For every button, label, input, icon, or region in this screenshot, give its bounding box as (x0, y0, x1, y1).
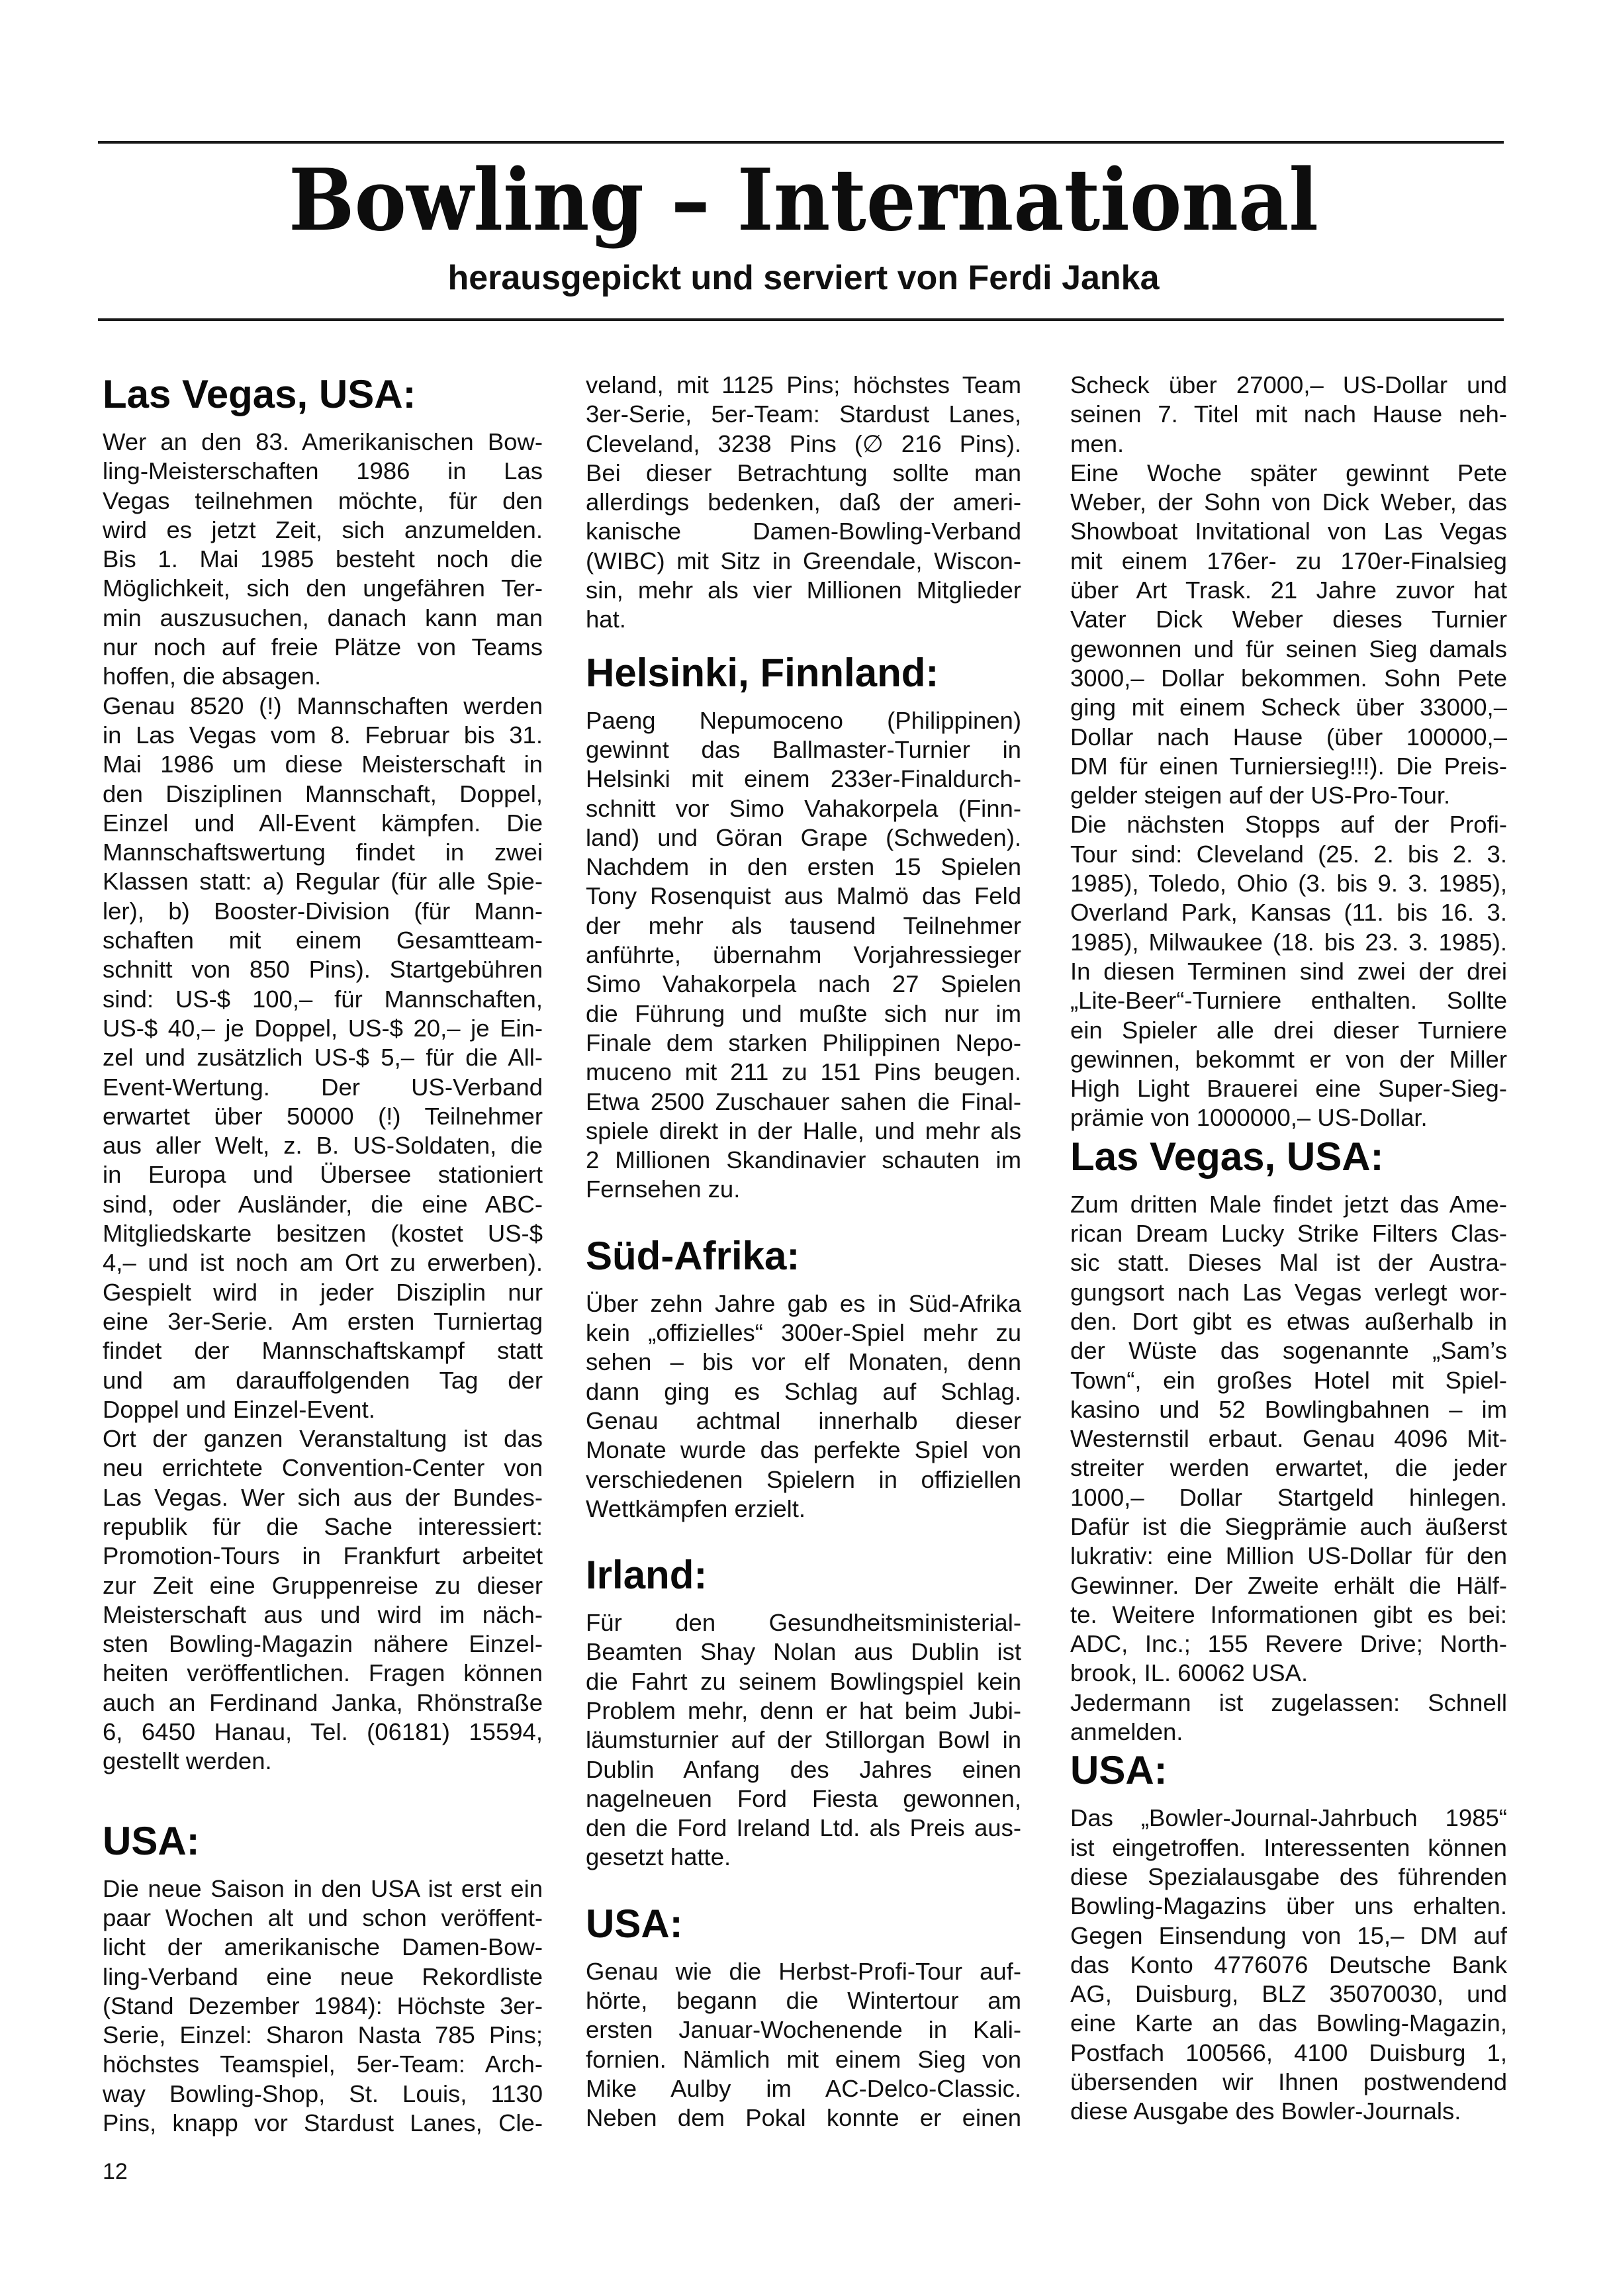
body-text-line: 3000,– Dollar bekommen. Sohn Pete (1070, 664, 1507, 693)
body-text-line: Klassen statt: a) Regular (für alle Spie… (103, 867, 543, 896)
body-text-line: Promotion-Tours in Frankfurt arbeitet (103, 1541, 543, 1571)
body-text-line: Vegas teilnehmen möchte, für den (103, 486, 543, 516)
body-text-line: Monate wurde das perfekte Spiel von (586, 1436, 1021, 1465)
body-text-line: 3er-Serie, 5er-Team: Stardust Lanes, (586, 400, 1021, 429)
body-text-line: höchstes Teamspiel, 5er-Team: Arch- (103, 2050, 543, 2079)
body-text-line: aus aller Welt, z. B. US-Soldaten, die (103, 1131, 543, 1160)
body-text-line: Für den Gesundheitsministerial- (586, 1608, 1021, 1637)
body-text-line: gesetzt hatte. (586, 1843, 1021, 1872)
body-text-line: sten Bowling-Magazin nähere Einzel- (103, 1630, 543, 1659)
body-text-line: Beamten Shay Nolan aus Dublin ist (586, 1637, 1021, 1667)
body-text-line: 6, 6450 Hanau, Tel. (06181) 15594, (103, 1718, 543, 1747)
body-text-line: zel und zusätzlich US-$ 5,– für die All- (103, 1043, 543, 1072)
body-text-line: Bei dieser Betrachtung sollte man (586, 459, 1021, 488)
section-spacer (586, 1872, 1021, 1900)
body-text-line: ging mit einem Scheck über 33000,– (1070, 693, 1507, 722)
body-text-line: der Wüste das sogenannte „Sam’s (1070, 1336, 1507, 1365)
page-title: Bowling – International (64, 151, 1543, 250)
body-text-line: Bowling-Magazins über uns erhalten. (1070, 1892, 1507, 1921)
body-text-line: Overland Park, Kansas (11. bis 16. 3. (1070, 898, 1507, 927)
body-text-line: diese Spezialausgabe des führenden (1070, 1862, 1507, 1892)
body-text-line: land) und Göran Grape (Schweden). (586, 823, 1021, 852)
body-text-line: schaften mit einem Gesamtteam- (103, 926, 543, 955)
body-text-line: Möglichkeit, sich den ungefähren Ter- (103, 574, 543, 603)
body-text-line: hörte, begann die Wintertour am (586, 1986, 1021, 2015)
body-text-line: Mannschaftswertung findet in zwei (103, 838, 543, 867)
body-text-line: Ort der ganzen Veranstaltung ist das (103, 1424, 543, 1453)
body-text-line: Scheck über 27000,– US-Dollar und (1070, 371, 1507, 400)
body-text-line: Einzel und All-Event kämpfen. Die (103, 809, 543, 838)
section-heading: Las Vegas, USA: (1070, 1133, 1507, 1181)
body-text-line: Weber, der Sohn von Dick Weber, das (1070, 488, 1507, 517)
body-text-line: Gewinner. Der Zweite erhält die Hälf- (1070, 1571, 1507, 1600)
body-text-line: hoffen, die absagen. (103, 662, 543, 691)
top-rule (98, 141, 1504, 144)
body-text-line: prämie von 1000000,– US-Dollar. (1070, 1103, 1507, 1132)
body-text-line: Serie, Einzel: Sharon Nasta 785 Pins; (103, 2021, 543, 2050)
body-text-line: Genau achtmal innerhalb dieser (586, 1406, 1021, 1436)
body-text-line: Vater Dick Weber dieses Turnier (1070, 605, 1507, 634)
body-text-line: Doppel und Einzel-Event. (103, 1395, 543, 1424)
body-text-line: 4,– und ist noch am Ort zu erwerben). (103, 1248, 543, 1277)
body-text-line: Eine Woche später gewinnt Pete (1070, 459, 1507, 488)
body-text-line: men. (1070, 430, 1507, 459)
body-text-line: Las Vegas. Wer sich aus der Bundes- (103, 1483, 543, 1512)
body-text-line: gungsort nach Las Vegas verlegt wor- (1070, 1278, 1507, 1307)
column-1: Las Vegas, USA:Wer an den 83. Amerikanis… (103, 371, 543, 2138)
body-text-line: Das „Bowler-Journal-Jahrbuch 1985“ (1070, 1804, 1507, 1833)
body-text-line: Mitgliedskarte besitzen (kostet US-$ (103, 1219, 543, 1248)
body-text-line: DM für einen Turniersieg!!!). Die Preis- (1070, 752, 1507, 781)
body-text-line: Town“, ein großes Hotel mit Spiel- (1070, 1366, 1507, 1395)
body-text-line: Die neue Saison in den USA ist erst ein (103, 1874, 543, 1904)
body-text-line: gestellt werden. (103, 1747, 543, 1776)
body-text-line: sehen – bis vor elf Monaten, denn (586, 1348, 1021, 1377)
body-text-line: rican Dream Lucky Strike Filters Clas- (1070, 1219, 1507, 1248)
body-text-line: Bis 1. Mai 1985 besteht noch die (103, 545, 543, 574)
body-text-line: ist eingetroffen. Interessenten können (1070, 1833, 1507, 1862)
body-text-line: Neben dem Pokal konnte er einen (586, 2103, 1021, 2133)
body-text-line: Postfach 100566, 4100 Duisburg 1, (1070, 2039, 1507, 2068)
body-text-line: muceno mit 211 zu 151 Pins beugen. (586, 1058, 1021, 1087)
body-text-line: Finale dem starken Philippinen Nepo- (586, 1029, 1021, 1058)
section-spacer (586, 1524, 1021, 1551)
section-heading: USA: (103, 1817, 543, 1865)
body-text-line: US-$ 40,– je Doppel, US-$ 20,– je Ein- (103, 1014, 543, 1043)
body-text-line: Mike Aulby im AC-Delco-Classic. (586, 2074, 1021, 2103)
body-text-line: schnitt vor Simo Vahakorpela (Finn- (586, 794, 1021, 823)
body-text-line: Nachdem in den ersten 15 Spielen (586, 852, 1021, 882)
article-section: veland, mit 1125 Pins; höchstes Team3er-… (586, 371, 1021, 635)
section-heading: Süd-Afrika: (586, 1232, 1021, 1280)
body-text-line: sind: US-$ 100,– für Mannschaften, (103, 985, 543, 1014)
body-text-line: Wettkämpfen erzielt. (586, 1494, 1021, 1524)
body-text-line: ler), b) Booster-Division (für Mann- (103, 897, 543, 926)
body-text-line: diese Ausgabe des Bowler-Journals. (1070, 2097, 1507, 2126)
body-text-line: veland, mit 1125 Pins; höchstes Team (586, 371, 1021, 400)
body-text-line: 1000,– Dollar Startgeld hinlegen. (1070, 1483, 1507, 1512)
body-text-line: ling-Meisterschaften 1986 in Las (103, 457, 543, 486)
body-text-line: die Fahrt zu seinem Bowlingspiel kein (586, 1667, 1021, 1696)
body-text-line: den. Dort gibt es etwas außerhalb in (1070, 1307, 1507, 1336)
article-section: USA:Die neue Saison in den USA ist erst … (103, 1817, 543, 2138)
body-text-line: auch an Ferdinand Janka, Rhönstraße (103, 1688, 543, 1718)
body-text-line: streiter werden erwartet, die jeder (1070, 1453, 1507, 1483)
body-text-line: spiele direkt in der Halle, und mehr als (586, 1117, 1021, 1146)
body-text-line: Tour sind: Cleveland (25. 2. bis 2. 3. (1070, 840, 1507, 869)
body-text-line: republik für die Sache interessiert: (103, 1512, 543, 1541)
body-text-line: Meisterschaft aus und wird im näch- (103, 1600, 543, 1630)
body-text-line: gewinnt das Ballmaster-Turnier in (586, 735, 1021, 764)
body-text-line: Genau wie die Herbst-Profi-Tour auf- (586, 1957, 1021, 1986)
body-text-line: High Light Brauerei eine Super-Sieg- (1070, 1074, 1507, 1103)
body-text-line: lukrativ: eine Million US-Dollar für den (1070, 1541, 1507, 1571)
body-text-line: Event-Wertung. Der US-Verband (103, 1073, 543, 1102)
article-section: Las Vegas, USA:Zum dritten Male findet j… (1070, 1133, 1507, 1747)
body-text-line: heiten veröffentlichen. Fragen können (103, 1659, 543, 1688)
body-text-line: Simo Vahakorpela nach 27 Spielen (586, 970, 1021, 999)
body-text-line: In diesen Terminen sind zwei der drei (1070, 957, 1507, 986)
body-text-line: erwartet über 50000 (!) Teilnehmer (103, 1102, 543, 1131)
body-text-line: mit einem 176er- zu 170er-Finalsieg (1070, 547, 1507, 576)
column-3: Scheck über 27000,– US-Dollar undseinen … (1070, 371, 1507, 2127)
body-text-line: Fernsehen zu. (586, 1175, 1021, 1204)
section-spacer (103, 1776, 543, 1817)
body-text-line: eine 3er-Serie. Am ersten Turniertag (103, 1307, 543, 1336)
body-text-line: schnitt von 850 Pins). Startgebühren (103, 955, 543, 984)
body-text-line: 2 Millionen Skandinavier schauten im (586, 1146, 1021, 1175)
body-text-line: „Lite-Beer“-Turniere enthalten. Sollte (1070, 986, 1507, 1015)
body-text-line: Dafür ist die Siegprämie auch äußerst (1070, 1512, 1507, 1541)
article-section: Scheck über 27000,– US-Dollar undseinen … (1070, 371, 1507, 1133)
body-text-line: 1985), Toledo, Ohio (3. bis 9. 3. 1985), (1070, 869, 1507, 898)
body-text-line: fornien. Nämlich mit einem Sieg von (586, 2045, 1021, 2074)
body-text-line: Tony Rosenquist aus Malmö das Feld (586, 882, 1021, 911)
body-text-line: Showboat Invitational von Las Vegas (1070, 517, 1507, 546)
article-section: Irland:Für den Gesundheitsministerial-Be… (586, 1551, 1021, 1872)
body-text-line: (Stand Dezember 1984): Höchste 3er- (103, 1992, 543, 2021)
body-text-line: gelder steigen auf der US-Pro-Tour. (1070, 781, 1507, 810)
body-text-line: way Bowling-Shop, St. Louis, 1130 (103, 2080, 543, 2109)
body-text-line: das Konto 4776076 Deutsche Bank (1070, 1951, 1507, 1980)
body-text-line: den die Ford Ireland Ltd. als Preis aus- (586, 1814, 1021, 1843)
body-text-line: findet der Mannschaftskampf statt (103, 1336, 543, 1365)
page-number: 12 (103, 2159, 128, 2185)
body-text-line: Etwa 2500 Zuschauer sahen die Final- (586, 1087, 1021, 1117)
body-text-line: Mai 1986 um diese Meisterschaft in (103, 750, 543, 779)
body-text-line: kein „offizielles“ 300er-Spiel mehr zu (586, 1318, 1021, 1348)
body-text-line: ADC, Inc.; 155 Revere Drive; North- (1070, 1630, 1507, 1659)
body-text-line: und am darauffolgenden Tag der (103, 1366, 543, 1395)
body-text-line: Die nächsten Stopps auf der Profi- (1070, 810, 1507, 839)
body-text-line: verschiedenen Spielern in offiziellen (586, 1465, 1021, 1494)
body-text-line: wird es jetzt Zeit, sich anzumelden. (103, 516, 543, 545)
body-text-line: nagelneuen Ford Fiesta gewonnen, (586, 1784, 1021, 1814)
article-section: Süd-Afrika:Über zehn Jahre gab es in Süd… (586, 1232, 1021, 1524)
body-text-line: Dublin Anfang des Jahres einen (586, 1755, 1021, 1784)
body-text-line: sic statt. Dieses Mal ist der Austra- (1070, 1248, 1507, 1277)
body-text-line: brook, IL. 60062 USA. (1070, 1659, 1507, 1688)
body-text-line: Problem mehr, denn er hat beim Jubi- (586, 1696, 1021, 1725)
body-text-line: Paeng Nepumoceno (Philippinen) (586, 706, 1021, 735)
section-heading: USA: (586, 1900, 1021, 1948)
body-text-line: licht der amerikanische Damen-Bow- (103, 1933, 543, 1962)
body-text-line: min auszusuchen, danach kann man (103, 604, 543, 633)
body-text-line: 1985), Milwaukee (18. bis 23. 3. 1985). (1070, 928, 1507, 957)
article-section: Las Vegas, USA:Wer an den 83. Amerikanis… (103, 371, 543, 1776)
article-section: Helsinki, Finnland:Paeng Nepumoceno (Phi… (586, 649, 1021, 1205)
body-text-line: Gespielt wird in jeder Disziplin nur (103, 1278, 543, 1307)
body-text-line: die Führung und mußte sich nur im (586, 999, 1021, 1029)
body-text-line: sind, oder Ausländer, die eine ABC- (103, 1190, 543, 1219)
body-text-line: Zum dritten Male findet jetzt das Ame- (1070, 1190, 1507, 1219)
body-text-line: in Las Vegas vom 8. Februar bis 31. (103, 721, 543, 750)
body-text-line: Über zehn Jahre gab es in Süd-Afrika (586, 1289, 1021, 1318)
body-text-line: den Disziplinen Mannschaft, Doppel, (103, 780, 543, 809)
body-text-line: anführte, übernahm Vorjahressieger (586, 941, 1021, 970)
body-text-line: der mehr als tausend Teilnehmer (586, 911, 1021, 941)
body-text-line: te. Weitere Informationen gibt es bei: (1070, 1600, 1507, 1630)
body-text-line: übersenden wir Ihnen postwendend (1070, 2068, 1507, 2097)
body-text-line: nur noch auf freie Plätze von Teams (103, 633, 543, 662)
body-text-line: sin, mehr als vier Millionen Mitglieder (586, 576, 1021, 605)
body-text-line: Westernstil erbaut. Genau 4096 Mit- (1070, 1424, 1507, 1453)
body-text-line: ersten Januar-Wochenende in Kali- (586, 2015, 1021, 2044)
body-text-line: ein Spieler alle drei dieser Turniere (1070, 1016, 1507, 1045)
section-heading: Helsinki, Finnland: (586, 649, 1021, 697)
body-text-line: seinen 7. Titel mit nach Hause neh- (1070, 400, 1507, 429)
body-text-line: gewonnen und für seinen Sieg damals (1070, 635, 1507, 664)
body-text-line: Cleveland, 3238 Pins (∅ 216 Pins). (586, 430, 1021, 459)
body-text-line: Dollar nach Hause (über 100000,– (1070, 723, 1507, 752)
body-text-line: hat. (586, 605, 1021, 634)
body-text-line: AG, Duisburg, BLZ 35070030, und (1070, 1980, 1507, 2009)
page-subtitle: herausgepickt und serviert von Ferdi Jan… (0, 258, 1607, 298)
body-text-line: über Art Trask. 21 Jahre zuvor hat (1070, 576, 1507, 605)
section-spacer (586, 1205, 1021, 1232)
body-text-line: Helsinki mit einem 233er-Finaldurch- (586, 764, 1021, 794)
body-text-line: Gegen Einsendung von 15,– DM auf (1070, 1921, 1507, 1951)
body-text-line: ling-Verband eine neue Rekordliste (103, 1962, 543, 1992)
column-2: veland, mit 1125 Pins; höchstes Team3er-… (586, 371, 1021, 2133)
article-section: USA:Genau wie die Herbst-Profi-Tour auf-… (586, 1900, 1021, 2133)
body-text-line: dann ging es Schlag auf Schlag. (586, 1377, 1021, 1406)
section-heading: USA: (1070, 1747, 1507, 1794)
article-section: USA:Das „Bowler-Journal-Jahrbuch 1985“is… (1070, 1747, 1507, 2126)
section-heading: Las Vegas, USA: (103, 371, 543, 418)
body-text-line: neu errichtete Convention-Center von (103, 1453, 543, 1483)
body-text-line: Pins, knapp vor Stardust Lanes, Cle- (103, 2109, 543, 2138)
body-text-line: läumsturnier auf der Stillorgan Bowl in (586, 1725, 1021, 1755)
section-spacer (586, 635, 1021, 649)
body-text-line: paar Wochen alt und schon veröffent- (103, 1904, 543, 1933)
body-text-line: (WIBC) mit Sitz in Greendale, Wiscon- (586, 547, 1021, 576)
section-heading: Irland: (586, 1551, 1021, 1599)
header-bottom-rule (98, 318, 1504, 321)
body-text-line: gewinnen, bekommt er von der Miller (1070, 1045, 1507, 1074)
body-text-line: Jedermann ist zugelassen: Schnell (1070, 1688, 1507, 1718)
body-text-line: anmelden. (1070, 1718, 1507, 1747)
body-text-line: Genau 8520 (!) Mannschaften werden (103, 692, 543, 721)
body-text-line: zur Zeit eine Gruppenreise zu dieser (103, 1571, 543, 1600)
body-text-line: allerdings bedenken, daß der ameri- (586, 488, 1021, 517)
body-text-line: kasino und 52 Bowlingbahnen – im (1070, 1395, 1507, 1424)
body-text-line: kanische Damen-Bowling-Verband (586, 517, 1021, 546)
body-text-line: in Europa und Übersee stationiert (103, 1160, 543, 1189)
body-text-line: eine Karte an das Bowling-Magazin, (1070, 2009, 1507, 2038)
body-text-line: Wer an den 83. Amerikanischen Bow- (103, 428, 543, 457)
